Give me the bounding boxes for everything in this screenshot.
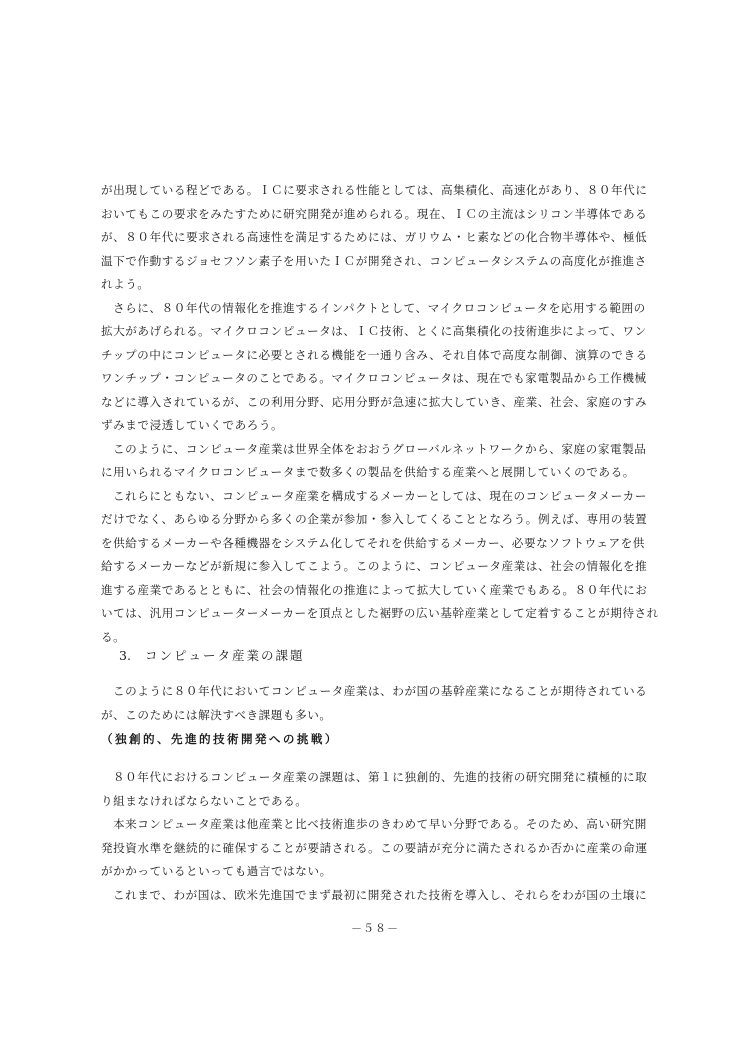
text-line: これらにともない、コンピュータ産業を構成するメーカーとしては、現在のコンピュータ… <box>101 485 591 509</box>
text-line: 進する産業であるとともに、社会の情報化の推進によって拡大していく産業でもある。８… <box>101 579 591 603</box>
text-line: に用いられるマイクロコンピュータまで数多くの製品を供給する産業へと展開していくの… <box>101 461 591 485</box>
text-line: ８０年代におけるコンピュータ産業の課題は、第１に独創的、先進的技術の研究開発に積… <box>101 766 591 790</box>
text-line: ワンチップ・コンピュータのことである。マイクロコンピュータは、現在でも家電製品か… <box>101 367 591 391</box>
section-number: 3. <box>119 648 131 663</box>
text-line: り組まなければならないことである。 <box>101 790 591 814</box>
section-title: コンピュータ産業の課題 <box>145 648 305 663</box>
text-line: チップの中にコンピュータに必要とされる機能を一通り含み、それ自体で高度な制御、演… <box>101 344 591 368</box>
text-line: いては、汎用コンピューターメーカーを頂点とした裾野の広い基幹産業として定着するこ… <box>101 602 591 626</box>
text-line: を供給するメーカーや各種機器をシステム化してそれを供給するメーカー、必要なソフト… <box>101 532 591 556</box>
text-line: おいてもこの要求をみたすために研究開発が進められる。現在、ＩＣの主流はシリコン半… <box>101 203 591 227</box>
text-line: がかかっているといっても過言ではない。 <box>101 860 591 884</box>
text-line: さらに、８０年代の情報化を推進するインパクトとして、マイクロコンピュータを応用す… <box>101 297 591 321</box>
text-line: これまで、わが国は、欧米先進国でまず最初に開発された技術を導入し、それらをわが国… <box>101 884 591 908</box>
text-line: れよう。 <box>101 273 591 297</box>
paragraph-block-2: このように８０年代においてコンピュータ産業は、わが国の基幹産業になることが期待さ… <box>101 680 591 727</box>
document-page: が出現している程どである。ＩＣに要求される性能としては、高集積化、高速化があり、… <box>0 0 750 1054</box>
text-line: ずみまで浸透していくであろう。 <box>101 414 591 438</box>
text-line: だけでなく、あらゆる分野から多くの企業が参加・参入してくることとなろう。例えば、… <box>101 508 591 532</box>
text-line: このように８０年代においてコンピュータ産業は、わが国の基幹産業になることが期待さ… <box>101 680 591 704</box>
page-number: －５８－ <box>0 920 750 936</box>
section-heading: 3.コンピュータ産業の課題 <box>119 646 304 664</box>
paragraph-block-3: ８０年代におけるコンピュータ産業の課題は、第１に独創的、先進的技術の研究開発に積… <box>101 766 591 907</box>
paragraph-block-1: が出現している程どである。ＩＣに要求される性能としては、高集積化、高速化があり、… <box>101 179 591 649</box>
text-line: このように、コンピュータ産業は世界全体をおおうグローバルネットワークから、家庭の… <box>101 438 591 462</box>
subsection-heading: （独創的、先進的技術開発への挑戦） <box>101 731 339 747</box>
text-line: が、８０年代に要求される高速性を満足するためには、ガリウム・ヒ素などの化合物半導… <box>101 226 591 250</box>
text-line: 発投資水準を継続的に確保することが要請される。この要請が充分に満たされるか否かに… <box>101 837 591 861</box>
text-line: 本来コンピュータ産業は他産業と比べ技術進歩のきわめて早い分野である。そのため、高… <box>101 813 591 837</box>
text-line: 給するメーカーなどが新規に参入してこよう。このように、コンピュータ産業は、社会の… <box>101 555 591 579</box>
text-line: などに導入されているが、この利用分野、応用分野が急速に拡大していき、産業、社会、… <box>101 391 591 415</box>
text-line: が、このためには解決すべき課題も多い。 <box>101 704 591 728</box>
text-line: 拡大があげられる。マイクロコンピュータは、ＩＣ技術、とくに高集積化の技術進歩によ… <box>101 320 591 344</box>
text-line: が出現している程どである。ＩＣに要求される性能としては、高集積化、高速化があり、… <box>101 179 591 203</box>
text-line: 温下で作動するジョセフソン素子を用いたＩＣが開発され、コンピュータシステムの高度… <box>101 250 591 274</box>
